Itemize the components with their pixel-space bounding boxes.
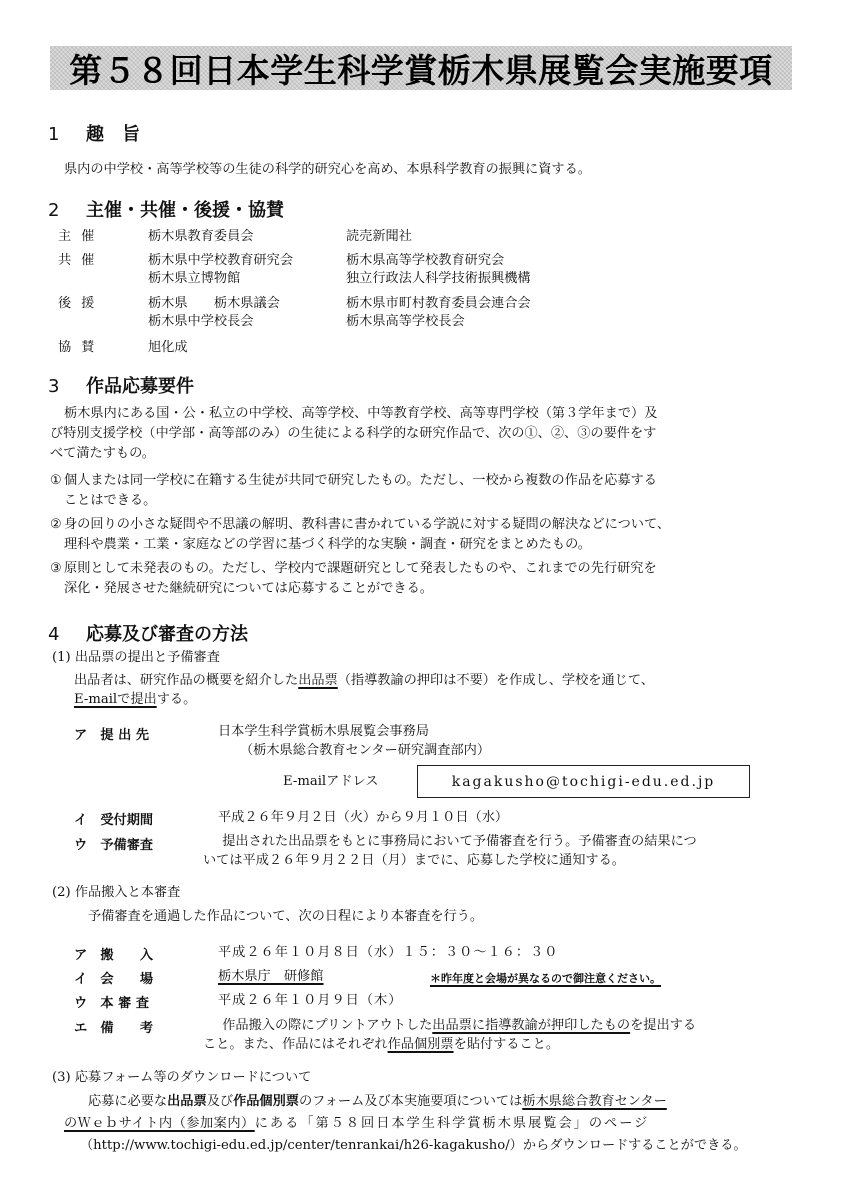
preliminary-review-line2: いては平成２６年９月２２日（月）までに、応募した学校に通知する。 bbox=[203, 851, 625, 870]
subsection1-title: (1) 出品票の提出と予備審査 bbox=[52, 648, 220, 667]
bold-text: 出品票 bbox=[167, 1094, 207, 1109]
section3-intro-line: べて満たすもの。 bbox=[50, 444, 155, 463]
organizer-label: 協賛 bbox=[58, 338, 104, 357]
main-review-label: ウ 本 審 査 bbox=[74, 992, 149, 1011]
organizer-cell: 独立行政法人科学技術振興機構 bbox=[346, 269, 531, 288]
section3-intro-line: 栃木県内にある国・公・私立の中学校、高等学校、中等教育学校、高等専門学校（第３学… bbox=[64, 404, 657, 423]
requirement-line: 個人または同一学校に在籍する生徒が共同で研究したもの。ただし、一校から複数の作品… bbox=[64, 471, 657, 490]
text: 及び bbox=[207, 1094, 233, 1109]
requirement-line: 身の回りの小さな疑問や不思議の解明、教科書に書かれている学説に対する疑問の解決な… bbox=[64, 515, 670, 534]
text: （指導教諭の押印は不要）を作成し、学校を通じて、 bbox=[338, 673, 654, 688]
text: 提出された出品票をもとに事務局において予備審査を行う。予備審査の結果につ bbox=[222, 834, 696, 849]
underlined-text: 出品票 bbox=[298, 673, 338, 688]
text: 応募に必要な bbox=[88, 1094, 167, 1109]
main-review-value: 平成２６年１０月９日（木） bbox=[218, 991, 402, 1010]
section-number: 3 bbox=[48, 376, 86, 397]
delivery-value: 平成２６年１０月８日（水）１５：３０～１６：３０ bbox=[218, 943, 559, 962]
organizer-cell: 栃木県 栃木県議会 bbox=[148, 294, 280, 313]
subsection2-title: (2) 作品搬入と本審査 bbox=[52, 883, 180, 902]
organizer-cell: 栃木県市町村教育委員会連合会 bbox=[346, 294, 531, 313]
venue-label: イ 会 場 bbox=[74, 968, 153, 987]
email-address: kagakusho@tochigi-edu.ed.jp bbox=[452, 774, 716, 790]
underlined-text: 作品個別票 bbox=[388, 1037, 454, 1052]
preliminary-review-label: ウ 予備審査 bbox=[74, 834, 153, 853]
section-title: 主催・共催・後援・協賛 bbox=[86, 200, 284, 221]
subsection3-line2: のＷｅｂサイト内（参加案内）にある「第５８回日本学生科学賞栃木県展覧会」のページ bbox=[64, 1114, 649, 1133]
website-link-text: のＷｅｂサイト内（参加案内） bbox=[64, 1116, 255, 1131]
section3-heading: 3作品応募要件 bbox=[48, 372, 194, 398]
remarks-label: エ 備 考 bbox=[74, 1017, 153, 1036]
text: を貼付すること。 bbox=[454, 1037, 560, 1052]
submission-destination-line2: （栃木県総合教育センター研究調査部内） bbox=[240, 741, 490, 760]
section1-heading: 1趣 旨 bbox=[48, 120, 140, 146]
organizer-cell: 栃木県立博物館 bbox=[148, 269, 240, 288]
requirement-line: 理科や農業・工業・家庭などの学習に基づく科学的な実験・調査・研究をまとめたもの。 bbox=[64, 535, 591, 554]
section-title: 応募及び審査の方法 bbox=[86, 624, 248, 645]
section2-heading: 2主催・共催・後援・協賛 bbox=[48, 196, 284, 222]
organizer-cell: 栃木県中学校長会 bbox=[148, 312, 254, 331]
organizer-label: 共催 bbox=[58, 251, 104, 270]
acceptance-period-label: イ 受付期間 bbox=[74, 809, 153, 828]
remarks-line2: こと。また、作品にはそれぞれ作品個別票を貼付すること。 bbox=[203, 1035, 559, 1054]
subsection3-line1: 応募に必要な出品票及び作品個別票のフォーム及び本実施要項については栃木県総合教育… bbox=[88, 1092, 667, 1111]
section-title: 作品応募要件 bbox=[86, 376, 194, 397]
text: を提出する bbox=[630, 1018, 696, 1033]
section-number: 4 bbox=[48, 624, 86, 645]
organizer-cell: 旭化成 bbox=[148, 338, 188, 357]
email-address-box: kagakusho@tochigi-edu.ed.jp bbox=[417, 765, 750, 798]
document-title-bar: 第５８回日本学生科学賞栃木県展覧会実施要項 bbox=[50, 46, 792, 90]
organizer-label: 後援 bbox=[58, 294, 104, 313]
organizer-cell: 栃木県中学校教育研究会 bbox=[148, 251, 293, 270]
bold-text: 作品個別票 bbox=[233, 1094, 299, 1109]
remarks-line1: 作品搬入の際にプリントアウトした出品票に指導教諭が押印したものを提出する bbox=[218, 1016, 696, 1035]
text: のフォーム及び本実施要項については bbox=[299, 1094, 522, 1109]
section-number: 2 bbox=[48, 200, 86, 221]
requirement-marker: ③ bbox=[50, 559, 62, 578]
section4-heading: 4応募及び審査の方法 bbox=[48, 620, 248, 646]
text: 作品搬入の際にプリントアウトした bbox=[222, 1018, 432, 1033]
underlined-text: 栃木県総合教育センター bbox=[522, 1094, 667, 1109]
subsection2-text: 予備審査を通過した作品について、次の日程により本審査を行う。 bbox=[88, 907, 483, 926]
requirement-line: ことはできる。 bbox=[64, 491, 156, 510]
text: する。 bbox=[157, 692, 197, 707]
venue-value: 栃木県庁 研修館 bbox=[218, 967, 324, 986]
organizer-cell: 読売新聞社 bbox=[346, 227, 412, 246]
download-url-line: （http://www.tochigi-edu.ed.jp/center/ten… bbox=[80, 1136, 747, 1155]
acceptance-period-value: 平成２６年９月２日（火）から９月１０日（水） bbox=[218, 808, 508, 827]
preliminary-review-line1: 提出された出品票をもとに事務局において予備審査を行う。予備審査の結果につ bbox=[218, 832, 697, 851]
requirement-marker: ① bbox=[50, 471, 62, 490]
section3-intro-line: び特別支援学校（中学部・高等部のみ）の生徒による科学的な研究作品で、次の①、②、… bbox=[50, 424, 656, 443]
organizer-label: 主催 bbox=[58, 227, 104, 246]
requirement-line: 深化・発展させた継続研究については応募することができる。 bbox=[64, 579, 433, 598]
document-title: 第５８回日本学生科学賞栃木県展覧会実施要項 bbox=[69, 45, 773, 92]
text: 出品者は、研究作品の概要を紹介した bbox=[74, 673, 298, 688]
organizer-cell: 栃木県高等学校教育研究会 bbox=[346, 251, 504, 270]
text: こと。また、作品にはそれぞれ bbox=[203, 1037, 388, 1052]
venue-note: ＊昨年度と会場が異なるので御注意ください。 bbox=[430, 970, 661, 986]
requirement-line: 原則として未発表のもの。ただし、学校内で課題研究として発表したものや、これまでの… bbox=[64, 559, 657, 578]
subsection1-text-line2: E-mailで提出する。 bbox=[74, 690, 196, 709]
section-number: 1 bbox=[48, 124, 86, 145]
section1-text: 県内の中学校・高等学校等の生徒の科学的研究心を高め、本県科学教育の振興に資する。 bbox=[64, 160, 591, 179]
section-title: 趣 旨 bbox=[86, 124, 140, 145]
subsection3-title: (3) 応募フォーム等のダウンロードについて bbox=[52, 1068, 311, 1087]
text: にある「第５８回日本学生科学賞栃木県展覧会」のページ bbox=[255, 1116, 650, 1131]
subsection1-text-line1: 出品者は、研究作品の概要を紹介した出品票（指導教諭の押印は不要）を作成し、学校を… bbox=[74, 671, 654, 690]
delivery-label: ア 搬 入 bbox=[74, 944, 153, 963]
organizer-cell: 栃木県教育委員会 bbox=[148, 227, 254, 246]
organizer-cell: 栃木県高等学校長会 bbox=[346, 312, 465, 331]
submission-destination-label: ア 提 出 先 bbox=[74, 724, 149, 743]
underlined-text: 出品票に指導教諭が押印したもの bbox=[432, 1018, 630, 1033]
underlined-text: E-mailで提出 bbox=[74, 692, 157, 707]
requirement-marker: ② bbox=[50, 515, 62, 534]
submission-destination-line1: 日本学生科学賞栃木県展覧会事務局 bbox=[218, 722, 429, 741]
email-label: E-mailアドレス bbox=[283, 772, 378, 791]
